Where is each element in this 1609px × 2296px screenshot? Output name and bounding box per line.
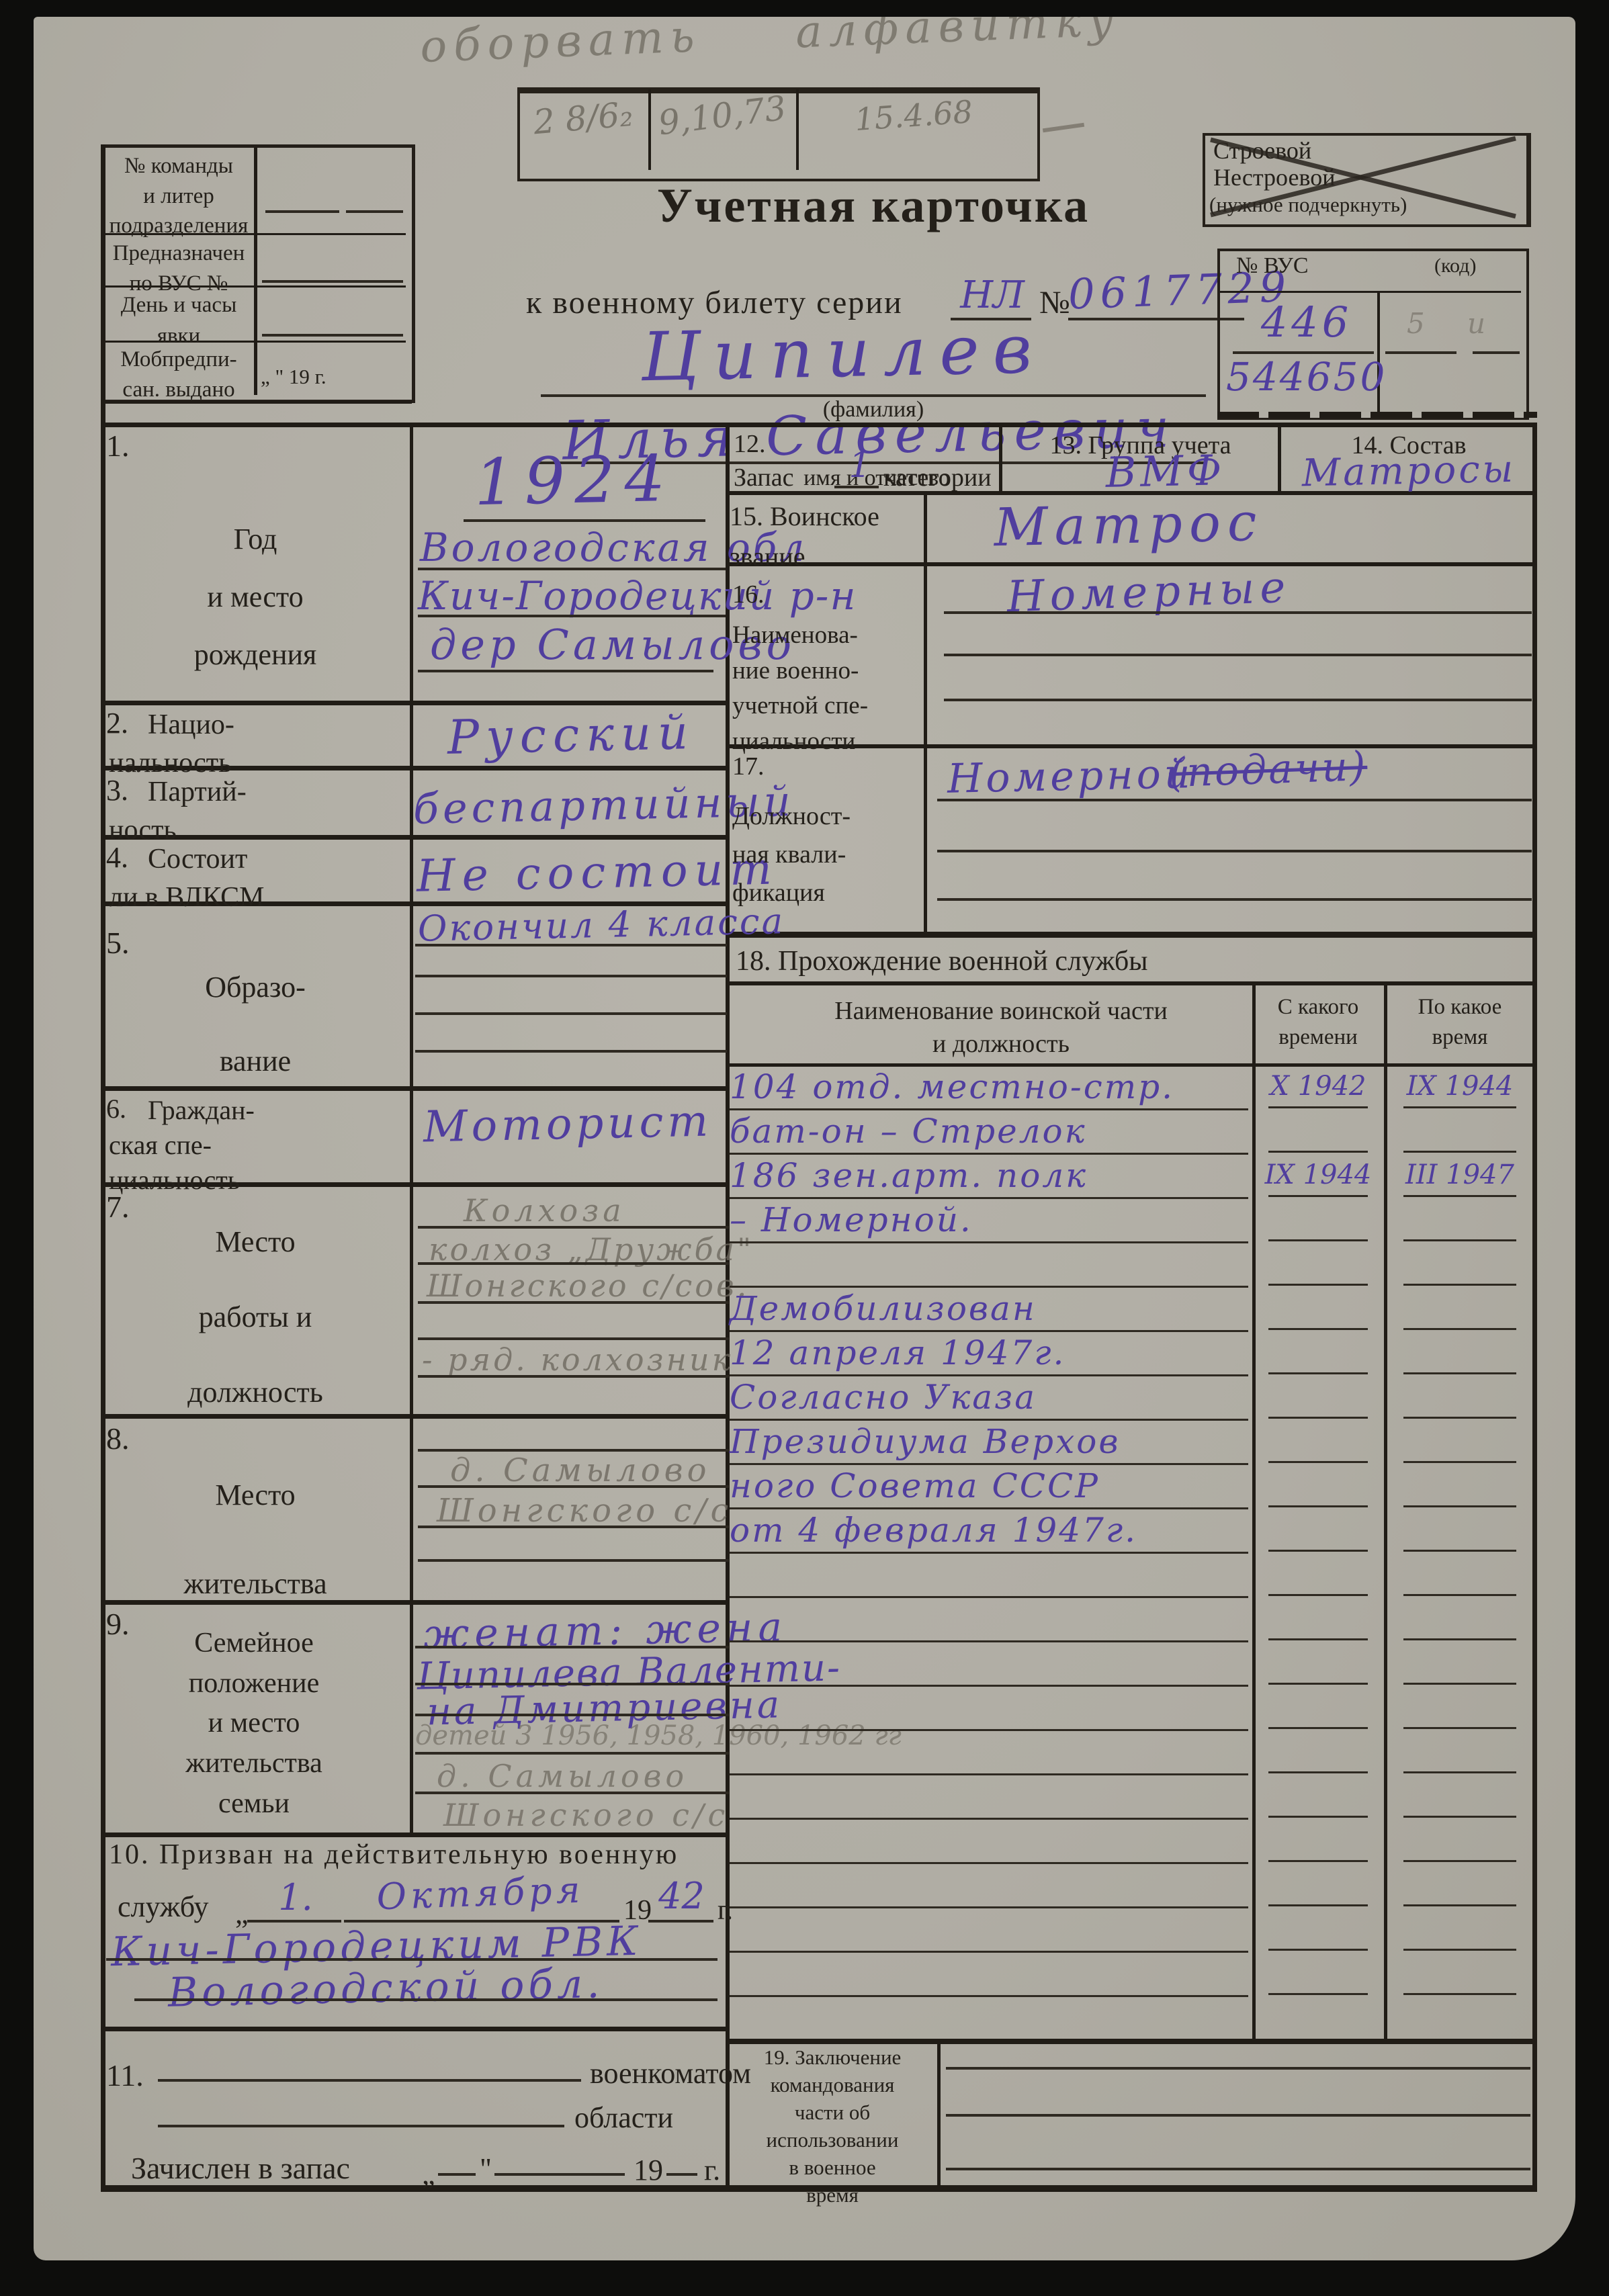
item18-col-unit: Наименование воинской части и должность [766,995,1236,1061]
service-unit: Согласно Указа [730,1376,1248,1421]
item12-number: 12. [734,429,766,459]
item7-label: Место работы и должность [118,1204,393,1431]
item2-label: Нацио- нальность [109,706,404,782]
item19-underline-3 [946,2168,1530,2170]
item11-blank-5 [666,2173,697,2176]
service-from-date [1252,1598,1384,1640]
item5-underline-2 [415,975,727,977]
form-top-border [101,423,1537,427]
service-to-date [1385,1775,1534,1818]
service-row [726,1864,1534,1908]
item9-family-residence-1: д. Самылово [437,1758,688,1794]
item9-underline-5 [415,1792,729,1794]
item9-label: Семейное положение и место жительства се… [113,1624,395,1824]
service-from-date [1252,1243,1384,1286]
item10-underline-2 [134,1998,717,2001]
service-unit [730,1820,1248,1864]
item6-civil-specialty: Моторист [423,1097,712,1153]
service-from-date [1252,1642,1384,1685]
item7-underline-3 [418,1301,729,1304]
item7-work-4: - ряд. колхозник [422,1341,733,1378]
admin-blank-2 [346,210,403,213]
item11-blank-1 [158,2079,581,2082]
vus-blank-2 [1473,351,1520,354]
item11-open-quote: „ [422,2157,435,2191]
service-from-date [1252,1820,1384,1862]
sec19-top-rule [726,2039,1537,2044]
item7-work-1: Колхоза [464,1192,625,1229]
service-from-date: IX 1944 [1252,1155,1384,1197]
service-to-date [1385,1642,1534,1685]
service-row [726,1953,1534,1997]
item16-specialty-value: Номерные [973,562,1324,623]
item11-year-printed: 19 [634,2153,663,2187]
item4-komsomol: Не состоит [416,844,726,902]
item7-underline-1 [418,1226,729,1229]
item5-label: Образо- вание [114,951,396,1098]
item11-year-suffix: г. [704,2153,720,2187]
service-unit [730,1642,1248,1687]
service-from-date [1252,1554,1384,1596]
item7-underline-2 [418,1262,729,1265]
item12-reserve-label: Запас [734,463,793,492]
service-to-date [1385,1332,1534,1374]
service-row [726,1731,1534,1775]
service-from-date: X 1942 [1252,1066,1384,1108]
service-unit: ного Совета СССР [730,1465,1248,1509]
item12-category-label: категории [883,463,992,492]
item17-label: Должност- ная квали- фикация [732,797,924,912]
vus-pencil-note: 5 и [1391,307,1518,340]
admin-label-mobilization: Мобпредпи- сан. выдано [107,345,250,404]
item19-label: 19. Заключение командования части об исп… [730,2044,935,2209]
service-unit [730,1864,1248,1908]
strip-divider-2 [1278,423,1281,491]
service-row [726,1554,1534,1598]
service-row: 186 зен.арт. полкIX 1944III 1947 [726,1155,1534,1199]
item19-underline-2 [946,2114,1530,2117]
admin-label-day-hours: День и часы явки [107,290,250,351]
surname-value: Ципилев [604,309,1082,398]
item18-col-to: По какое время [1385,992,1534,1052]
admin-blank-4 [262,334,403,337]
item9-family-residence-2: Шонгского с/с [443,1797,729,1833]
service-row: – Номерной. [726,1199,1534,1243]
item16-number: 16. [732,580,765,609]
service-from-date [1252,1421,1384,1463]
cross-out-mark [1205,134,1521,220]
service-to-date [1385,1199,1534,1241]
item17-qualification-value: Номерной [947,750,1194,803]
item10-oblast: Вологодской обл. [167,1960,604,2017]
service-from-date [1252,1288,1384,1330]
service-row: 104 отд. местно-стр.X 1942IX 1944 [726,1066,1534,1110]
service-unit [730,1731,1248,1775]
row-rule [101,701,730,705]
service-to-date [1385,1509,1534,1552]
admin-box-divider [254,148,257,395]
item5-education: Окончил 4 класса [417,901,785,949]
service-to-date [1385,1820,1534,1862]
item10-underline-1 [106,1958,717,1961]
service-row [726,1598,1534,1642]
item2-nationality: Русский [423,704,720,765]
admin-blank-3 [262,280,403,283]
item13-group-value: ВМФ [1081,445,1250,497]
service-from-date [1252,1864,1384,1906]
service-from-date [1252,1687,1384,1729]
item9-underline-4 [415,1752,729,1755]
vus-blank-1 [1385,351,1456,354]
vus-bottom-dashed-rule [1217,412,1537,418]
service-to-date [1385,1243,1534,1286]
form-left-border [101,144,105,2192]
item15-label: 15. Воинское звание [730,496,922,577]
item4-label: Состоит ли в ВЛКСМ [109,840,404,916]
item10-title: 10. Призван на действительную военную [109,1839,679,1871]
service-from-date [1252,1953,1384,1995]
item11-voenkomat: военкоматом [590,2056,751,2090]
admin-mobilization-date: „ " 19 г. [261,365,406,389]
item5-underline-4 [415,1050,727,1053]
item1-birthplace-2: Кич-Городецкий р-н [418,573,857,619]
item3-label: Партий- ность [109,773,404,849]
item18-col-from: С какого времени [1252,992,1384,1052]
service-to-date [1385,1908,1534,1951]
service-from-date [1252,1376,1384,1419]
service-from-date [1252,1465,1384,1507]
left-label-divider [410,423,413,1833]
service-unit [730,1598,1248,1642]
photo-background: оборвать алфавитку 2 8/6₂ 9,10,73 15.4.6… [0,0,1609,2296]
service-row [726,1775,1534,1820]
service-to-date: III 1947 [1385,1155,1534,1197]
top-pencil-note: оборвать алфавитку [419,17,1121,73]
item11-enlisted-label: Зачислен в запас [131,2150,350,2186]
item1-underline-2 [418,615,726,617]
row-rule [101,2027,730,2031]
item12-underline [834,486,879,488]
stamp-divider-1 [648,89,651,170]
service-unit [730,1908,1248,1953]
item11-blank-4 [494,2173,625,2176]
item14-composition-value: Матросы [1282,447,1534,496]
item10-day-underline [247,1920,341,1923]
service-row: от 4 февраля 1947г. [726,1509,1534,1554]
service-unit [730,1775,1248,1820]
item16-underline-1 [944,611,1532,614]
item11-close-quote: " [480,2152,492,2186]
service-to-date [1385,1465,1534,1507]
service-unit: бат-он – Стрелок [730,1110,1248,1155]
vus-box-title: № ВУС [1236,253,1309,279]
service-unit: Президиума Верхов [730,1421,1248,1465]
vus-code-label: (код) [1434,255,1476,277]
item17-underline-1 [937,799,1532,801]
item6-label: Граждан- ская спе- циальность [109,1093,404,1198]
right-label-divider [924,491,927,932]
service-from-date [1252,1908,1384,1951]
service-to-date [1385,1953,1534,1995]
item9-underline-1 [415,1646,729,1648]
item11-blank-3 [438,2173,476,2176]
service-unit: от 4 февраля 1947г. [730,1509,1248,1554]
service-row [726,1908,1534,1953]
item17-underline-2 [937,850,1532,852]
registration-card: оборвать алфавитку 2 8/6₂ 9,10,73 15.4.6… [34,17,1575,2260]
item11-blank-2 [158,2125,564,2127]
service-unit: Демобилизован [730,1288,1248,1332]
item10-month: Октября [349,1867,612,1919]
service-to-date [1385,1288,1534,1330]
service-unit [730,1687,1248,1731]
service-to-date [1385,1598,1534,1640]
vus-header-rule [1220,291,1521,293]
service-from-date [1252,1775,1384,1818]
row-rule [726,981,1537,985]
pencil-dash [1043,123,1084,133]
item1-underline-1 [418,568,726,570]
item8-underline-4 [418,1559,729,1562]
item12-category-value: 1 [840,445,880,486]
item1-number: 1. [106,428,130,463]
service-from-date [1252,1731,1384,1773]
service-unit: 12 апреля 1947г. [730,1332,1248,1376]
item1-year: 1924 [436,441,713,521]
service-to-date [1385,1554,1534,1596]
item16-label: Наименова- ние военно- учетной спе- циал… [732,618,920,759]
service-row: 12 апреля 1947г. [726,1332,1534,1376]
item8-underline-2 [418,1485,729,1488]
strip-divider-1 [999,423,1002,491]
item1-year-underline [464,519,705,522]
item10-word-service: службу [118,1890,208,1924]
admin-label-team: № команды и литер подразделения [107,151,250,241]
card-title: Учетная карточка [611,178,1135,234]
service-unit: 186 зен.арт. полк [730,1155,1248,1199]
service-history-table: 104 отд. местно-стр.X 1942IX 1944бат-он … [726,1066,1534,1997]
item15-rank-value: Матрос [960,492,1297,559]
service-unit: – Номерной. [730,1199,1248,1243]
item3-party-status: беспартийный [412,778,726,834]
item10-year-underline [648,1920,713,1923]
item7-work-3: Шонгского с/сов. [427,1268,749,1304]
service-from-date [1252,1199,1384,1241]
item7-underline-4 [418,1337,729,1340]
item16-underline-3 [944,699,1532,701]
service-from-date [1252,1110,1384,1153]
service-to-date [1385,1421,1534,1463]
service-to-date [1385,1864,1534,1906]
service-row: Согласно Указа [726,1376,1534,1421]
item8-residence-1: д. Самылово [450,1452,710,1489]
service-to-date: IX 1944 [1385,1066,1534,1108]
service-from-date [1252,1509,1384,1552]
row-rule [101,1833,730,1837]
service-row [726,1687,1534,1731]
vus-number-1: 446 [1240,298,1374,347]
item16-underline-2 [944,654,1532,656]
service-row [726,1642,1534,1687]
item1-underline-3 [418,670,713,672]
stamp-divider-2 [796,89,799,170]
sec19-divider [937,2039,941,2185]
service-to-date [1385,1376,1534,1419]
item5-underline-1 [415,944,727,946]
item5-underline-3 [415,1012,727,1015]
row-rule [726,932,1537,938]
item1-label: Год и место рождения [114,511,396,683]
service-row: бат-он – Стрелок [726,1110,1534,1155]
item18-title: 18. Прохождение военной службы [736,945,1148,977]
service-unit: 104 отд. местно-стр. [730,1066,1248,1110]
service-row: ного Совета СССР [726,1465,1534,1509]
item17-number: 17. [732,752,765,781]
service-row: Президиума Верхов [726,1421,1534,1465]
item9-underline-3 [415,1714,729,1716]
admin-blank-1 [265,210,339,213]
item17-struck-value: (подачи) [1168,743,1368,797]
item17-underline-3 [937,898,1532,901]
service-from-date [1252,1332,1384,1374]
item10-year-value: 42 [653,1875,710,1917]
service-to-date [1385,1110,1534,1153]
service-unit [730,1243,1248,1288]
vus-number-2: 544650 [1226,354,1377,400]
item7-underline-5 [418,1375,729,1378]
item10-day: 1. [255,1876,336,1918]
item11-oblast-word: области [574,2101,673,2135]
item8-underline-3 [418,1526,729,1528]
service-row [726,1820,1534,1864]
item19-underline-1 [946,2067,1530,2070]
service-to-date [1385,1687,1534,1729]
item8-label: Место жительства [118,1451,393,1628]
item11-number: 11. [106,2058,144,2093]
service-unit [730,1953,1248,1997]
service-row [726,1243,1534,1288]
service-to-date [1385,1731,1534,1773]
item8-residence-2: Шонгского с/с [437,1492,732,1530]
service-row: Демобилизован [726,1288,1534,1332]
service-unit [730,1554,1248,1598]
